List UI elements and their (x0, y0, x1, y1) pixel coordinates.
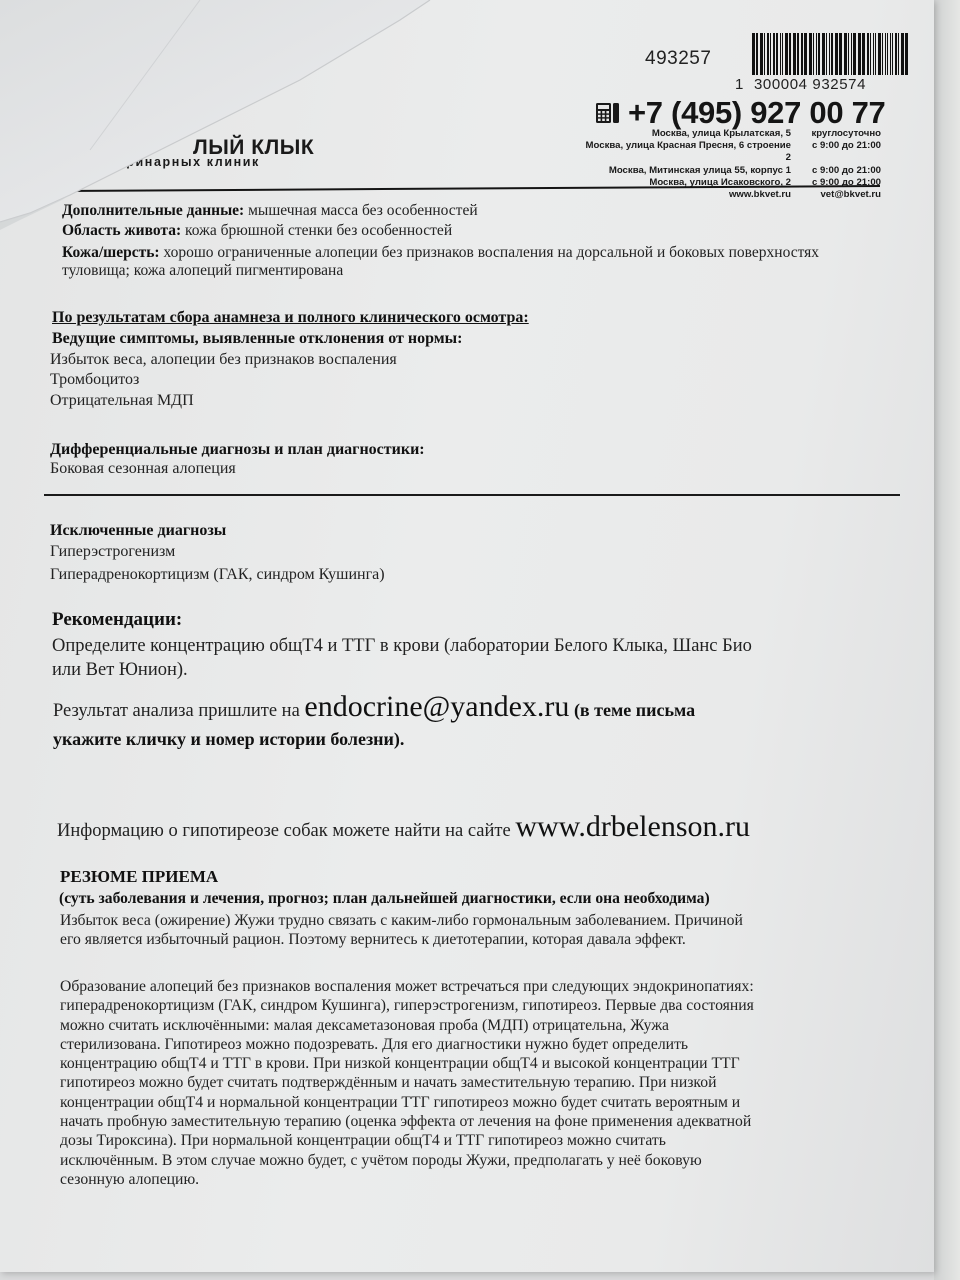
barcode-prefix: 1 (735, 76, 744, 93)
summary-line: исключённым. В этом случае можно будет, … (60, 1151, 890, 1170)
excluded-item: Гиперадренокортицизм (ГАК, синдром Кушин… (50, 566, 385, 584)
barcode (752, 33, 910, 75)
summary-paragraph-2: Образование алопеций без признаков воспа… (60, 977, 890, 1189)
barcode-digits: 300004 932574 (754, 76, 866, 93)
summary-paragraph-1: Избыток веса (ожирение) Жужи трудно связ… (60, 911, 890, 950)
differential-title: Дифференциальные диагнозы и план диагнос… (50, 441, 425, 459)
recommendations-title: Рекомендации: (52, 609, 182, 631)
findings-title: По результатам сбора анамнеза и полного … (52, 309, 529, 327)
symptom-item: Отрицательная МДП (50, 392, 194, 410)
summary-line: концентрации общТ4 и нормальной концентр… (60, 1093, 890, 1112)
send-suffix: (в теме письма (569, 700, 695, 721)
barcode-number: 1300004 932574 (735, 76, 866, 93)
website-link[interactable]: www.drbelenson.ru (515, 810, 750, 844)
exam-abdomen: Область живота: кожа брюшной стенки без … (62, 222, 452, 240)
summary-line: гипотиреоз можно будет считать подтвержд… (60, 1073, 890, 1092)
summary-line: Образование алопеций без признаков воспа… (60, 977, 890, 996)
document-page: 493257 1300004 932574 +7 (495) 927 00 77… (0, 0, 934, 1272)
hours: круглосуточно (791, 128, 881, 140)
hours: с 9:00 до 21:00 (791, 140, 881, 164)
phone-row: +7 (495) 927 00 77 (596, 95, 885, 131)
send-prefix: Результат анализа пришлите на (53, 701, 304, 722)
info-line: Информацию о гипотиреозе собак можете на… (57, 810, 750, 844)
send-suffix-continued: укажите кличку и номер истории болезни). (53, 729, 404, 750)
address-row: Москва, улица Красная Пресня, 6 строение… (585, 140, 881, 164)
section-divider (44, 494, 900, 496)
exam-skin-continued: туловища; кожа алопеций пигментирована (62, 262, 343, 280)
address: Москва, Митинская улица 55, корпус 1 (585, 165, 791, 177)
summary-line: сезонную алопецию. (60, 1170, 890, 1189)
label: Кожа/шерсть: (62, 244, 160, 261)
address: Москва, улица Красная Пресня, 6 строение… (585, 140, 791, 164)
summary-line: концентрацию общТ4 и ТТГ в крови. При ни… (60, 1054, 890, 1073)
summary-line: можно считать исключёнными: малая дексам… (60, 1016, 890, 1035)
summary-line: начать пробную заместительную терапию (о… (60, 1112, 890, 1131)
summary-line: стерилизована. Гипотиреоз можно подозрев… (60, 1035, 890, 1054)
label: Область живота: (62, 222, 181, 239)
summary-line: гиперадренокортицизм (ГАК, синдром Кушин… (60, 996, 890, 1015)
summary-line: его является избыточный рацион. Поэтому … (60, 930, 890, 949)
exam-skin: Кожа/шерсть: хорошо ограниченные алопеци… (62, 244, 819, 262)
symptom-item: Избыток веса, алопеции без признаков вос… (50, 351, 397, 369)
background-surface (934, 0, 960, 1280)
summary-subtitle: (суть заболевания и лечения, прогноз; пл… (59, 890, 710, 908)
address-row: Москва, Митинская улица 55, корпус 1с 9:… (585, 165, 881, 177)
summary-line: Избыток веса (ожирение) Жужи трудно связ… (60, 911, 890, 930)
recommendation-line: Определите концентрацию общТ4 и ТТГ в кр… (52, 636, 752, 657)
value: мышечная масса без особенностей (244, 202, 477, 219)
address: Москва, улица Крылатская, 5 (585, 128, 791, 140)
recommendation-line: или Вет Юнион). (52, 660, 188, 681)
symptoms-title: Ведущие симптомы, выявленные отклонения … (52, 330, 462, 348)
send-results-line: Результат анализа пришлите на endocrine@… (53, 690, 695, 724)
hours: vet@bkvet.ru (791, 189, 881, 201)
calculator-phone-icon (596, 102, 620, 124)
clinic-phone: +7 (495) 927 00 77 (628, 95, 885, 131)
address-row: www.bkvet.ruvet@bkvet.ru (585, 189, 881, 201)
hours: с 9:00 до 21:00 (791, 165, 881, 177)
clinic-addresses: Москва, улица Крылатская, 5круглосуточно… (585, 128, 881, 201)
value: хорошо ограниченные алопеции без признак… (160, 244, 819, 261)
differential-item: Боковая сезонная алопеция (50, 460, 236, 478)
exam-additional: Дополнительные данные: мышечная масса бе… (62, 202, 478, 220)
clinic-logo-subtitle: теринарных клиник (110, 155, 260, 169)
address: www.bkvet.ru (585, 189, 791, 201)
address-row: Москва, улица Крылатская, 5круглосуточно (585, 128, 881, 140)
info-prefix: Информацию о гипотиреозе собак можете на… (57, 821, 515, 842)
label: Дополнительные данные: (62, 202, 244, 219)
summary-line: дозы Тироксина). При нормальной концентр… (60, 1131, 890, 1150)
summary-title: РЕЗЮМЕ ПРИЕМА (60, 867, 218, 887)
value: кожа брюшной стенки без особенностей (181, 222, 452, 239)
email-link[interactable]: endocrine@yandex.ru (304, 690, 569, 724)
excluded-title: Исключенные диагнозы (50, 522, 226, 540)
order-number: 493257 (645, 48, 711, 70)
excluded-item: Гиперэстрогенизм (50, 543, 175, 561)
symptom-item: Тромбоцитоз (50, 371, 139, 389)
